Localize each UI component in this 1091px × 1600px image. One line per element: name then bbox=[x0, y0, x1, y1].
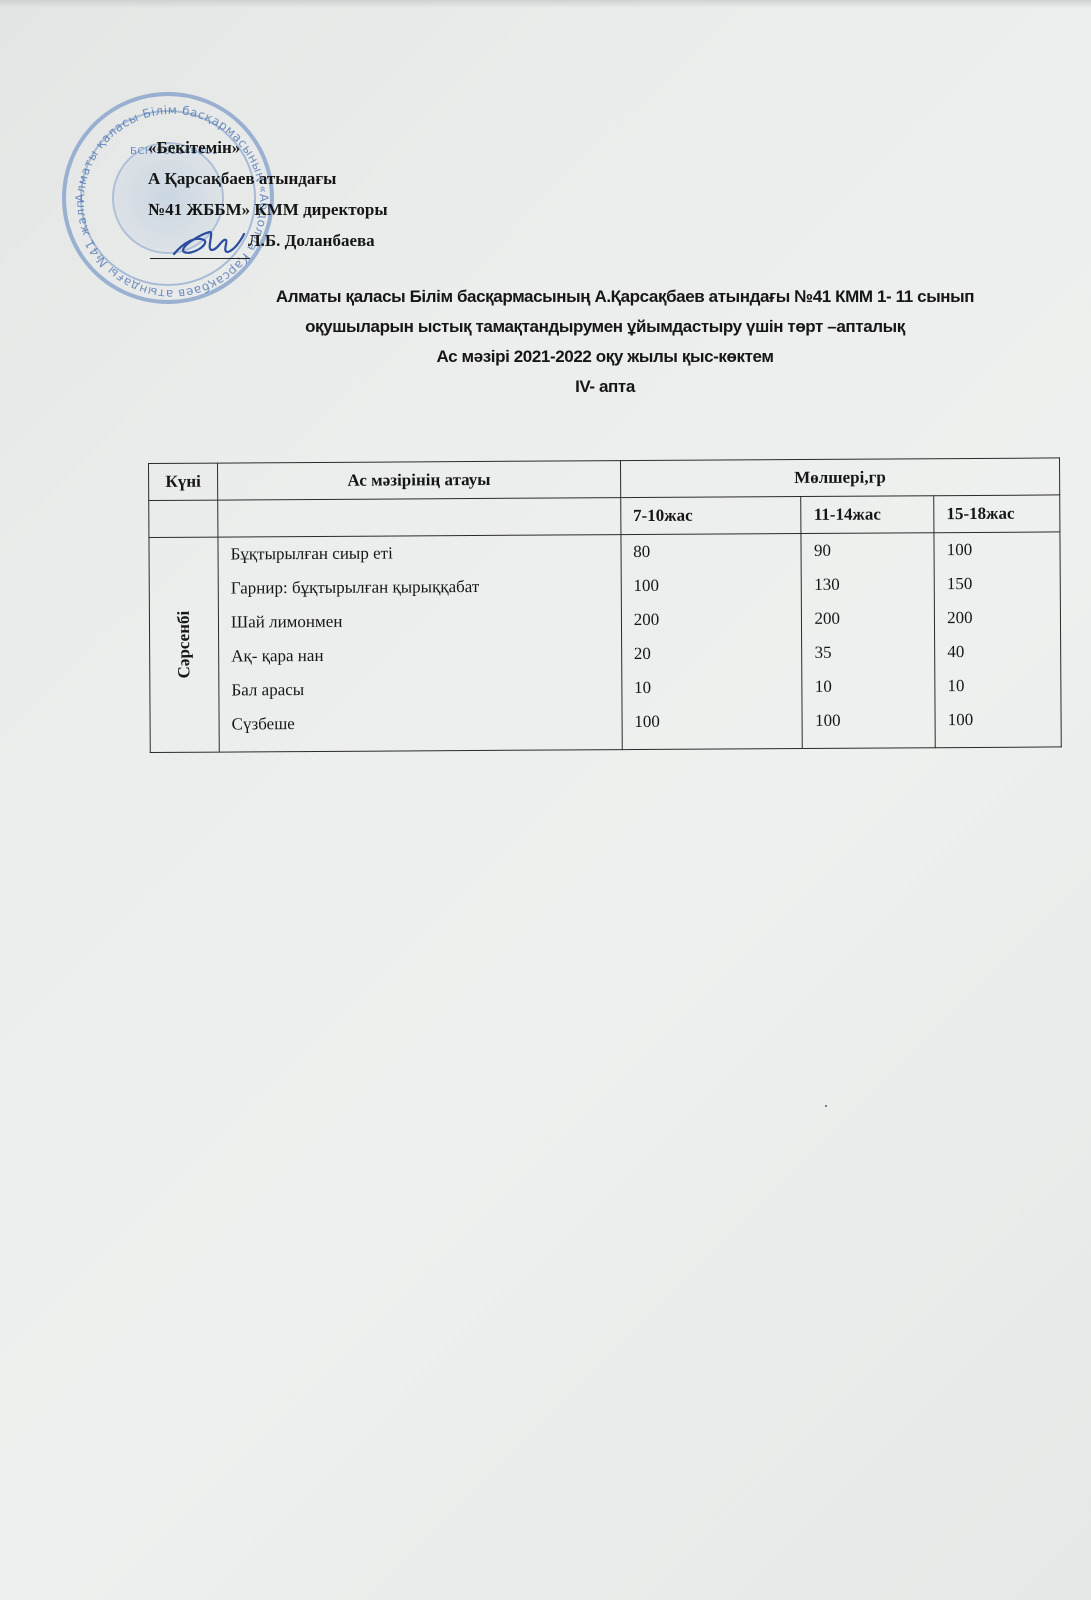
amount-value: 150 bbox=[947, 571, 1048, 606]
header-age-7-10: 7-10жас bbox=[620, 497, 801, 535]
dish-name: Бал арасы bbox=[231, 675, 609, 711]
approval-block: «Бекітемін» А Қарсақбаев атындағы №41 ЖБ… bbox=[148, 132, 388, 256]
amounts-15-18-cell: 100 150 200 40 10 100 bbox=[934, 532, 1061, 748]
approval-heading: «Бекітемін» bbox=[148, 132, 388, 163]
amount-value: 35 bbox=[815, 639, 923, 674]
header-day: Күні bbox=[149, 463, 218, 500]
amount-value: 200 bbox=[947, 605, 1048, 640]
paper-speck bbox=[825, 1105, 827, 1107]
approval-director-title: №41 ЖББМ» КММ директоры bbox=[148, 194, 388, 225]
age-header-row: 7-10жас 11-14жас 15-18жас bbox=[149, 495, 1060, 538]
amount-value: 100 bbox=[633, 572, 789, 607]
age-header-empty-day bbox=[149, 500, 218, 537]
amount-value: 100 bbox=[634, 708, 790, 743]
amount-value: 20 bbox=[634, 640, 790, 675]
amounts-7-10-cell: 80 100 200 20 10 100 bbox=[621, 534, 803, 750]
day-cell: Сәрсенбі bbox=[149, 537, 219, 752]
amounts-11-14-cell: 90 130 200 35 10 100 bbox=[801, 533, 935, 749]
header-age-15-18: 15-18жас bbox=[934, 495, 1060, 533]
amount-value: 10 bbox=[815, 673, 923, 708]
title-line-1: Алматы қаласы Білім басқармасының А.Қарс… bbox=[150, 282, 1060, 312]
approval-school-name: А Қарсақбаев атындағы bbox=[148, 163, 388, 194]
title-line-2: оқушыларын ыстық тамақтандырумен ұйымдас… bbox=[150, 312, 1060, 342]
amount-value: 200 bbox=[814, 605, 922, 640]
dish-name: Бұқтырылған сиыр еті bbox=[231, 539, 609, 575]
approval-director-name: Л.Б. Доланбаева bbox=[148, 225, 388, 256]
dish-names-cell: Бұқтырылған сиыр еті Гарнир: бұқтырылған… bbox=[218, 535, 622, 752]
dish-name: Шай лимонмен bbox=[231, 607, 609, 643]
signature-line bbox=[150, 258, 250, 259]
amount-value: 10 bbox=[634, 674, 790, 709]
header-row: Күні Ас мәзірінің атауы Мөлшері,гр bbox=[149, 458, 1060, 501]
amount-value: 10 bbox=[947, 673, 1048, 708]
table-row: Сәрсенбі Бұқтырылған сиыр еті Гарнир: бұ… bbox=[149, 532, 1061, 753]
page-edge-shadow bbox=[0, 0, 1091, 8]
dish-name: Гарнир: бұқтырылған қырыққабат bbox=[231, 573, 609, 609]
day-label: Сәрсенбі bbox=[174, 611, 194, 679]
document-title: Алматы қаласы Білім басқармасының А.Қарс… bbox=[150, 282, 1060, 402]
amount-value: 90 bbox=[814, 537, 922, 572]
title-week: IV- апта bbox=[150, 372, 1060, 402]
header-amount: Мөлшері,гр bbox=[620, 458, 1059, 498]
amount-value: 80 bbox=[633, 538, 789, 573]
amount-value: 100 bbox=[947, 537, 1048, 572]
amount-value: 100 bbox=[948, 707, 1049, 742]
amount-value: 100 bbox=[815, 707, 923, 742]
dish-name: Ақ- қара нан bbox=[231, 641, 609, 677]
dish-name: Сүзбеше bbox=[232, 709, 610, 745]
amount-value: 200 bbox=[634, 606, 790, 641]
menu-table: Күні Ас мәзірінің атауы Мөлшері,гр 7-10ж… bbox=[148, 457, 1062, 753]
amount-value: 40 bbox=[947, 639, 1048, 674]
age-header-empty-dish bbox=[218, 498, 621, 537]
header-dish: Ас мәзірінің атауы bbox=[218, 461, 621, 500]
title-line-3: Ас мәзірі 2021-2022 оқу жылы қыс-көктем bbox=[150, 342, 1060, 372]
amount-value: 130 bbox=[814, 571, 922, 606]
header-age-11-14: 11-14жас bbox=[801, 496, 934, 534]
